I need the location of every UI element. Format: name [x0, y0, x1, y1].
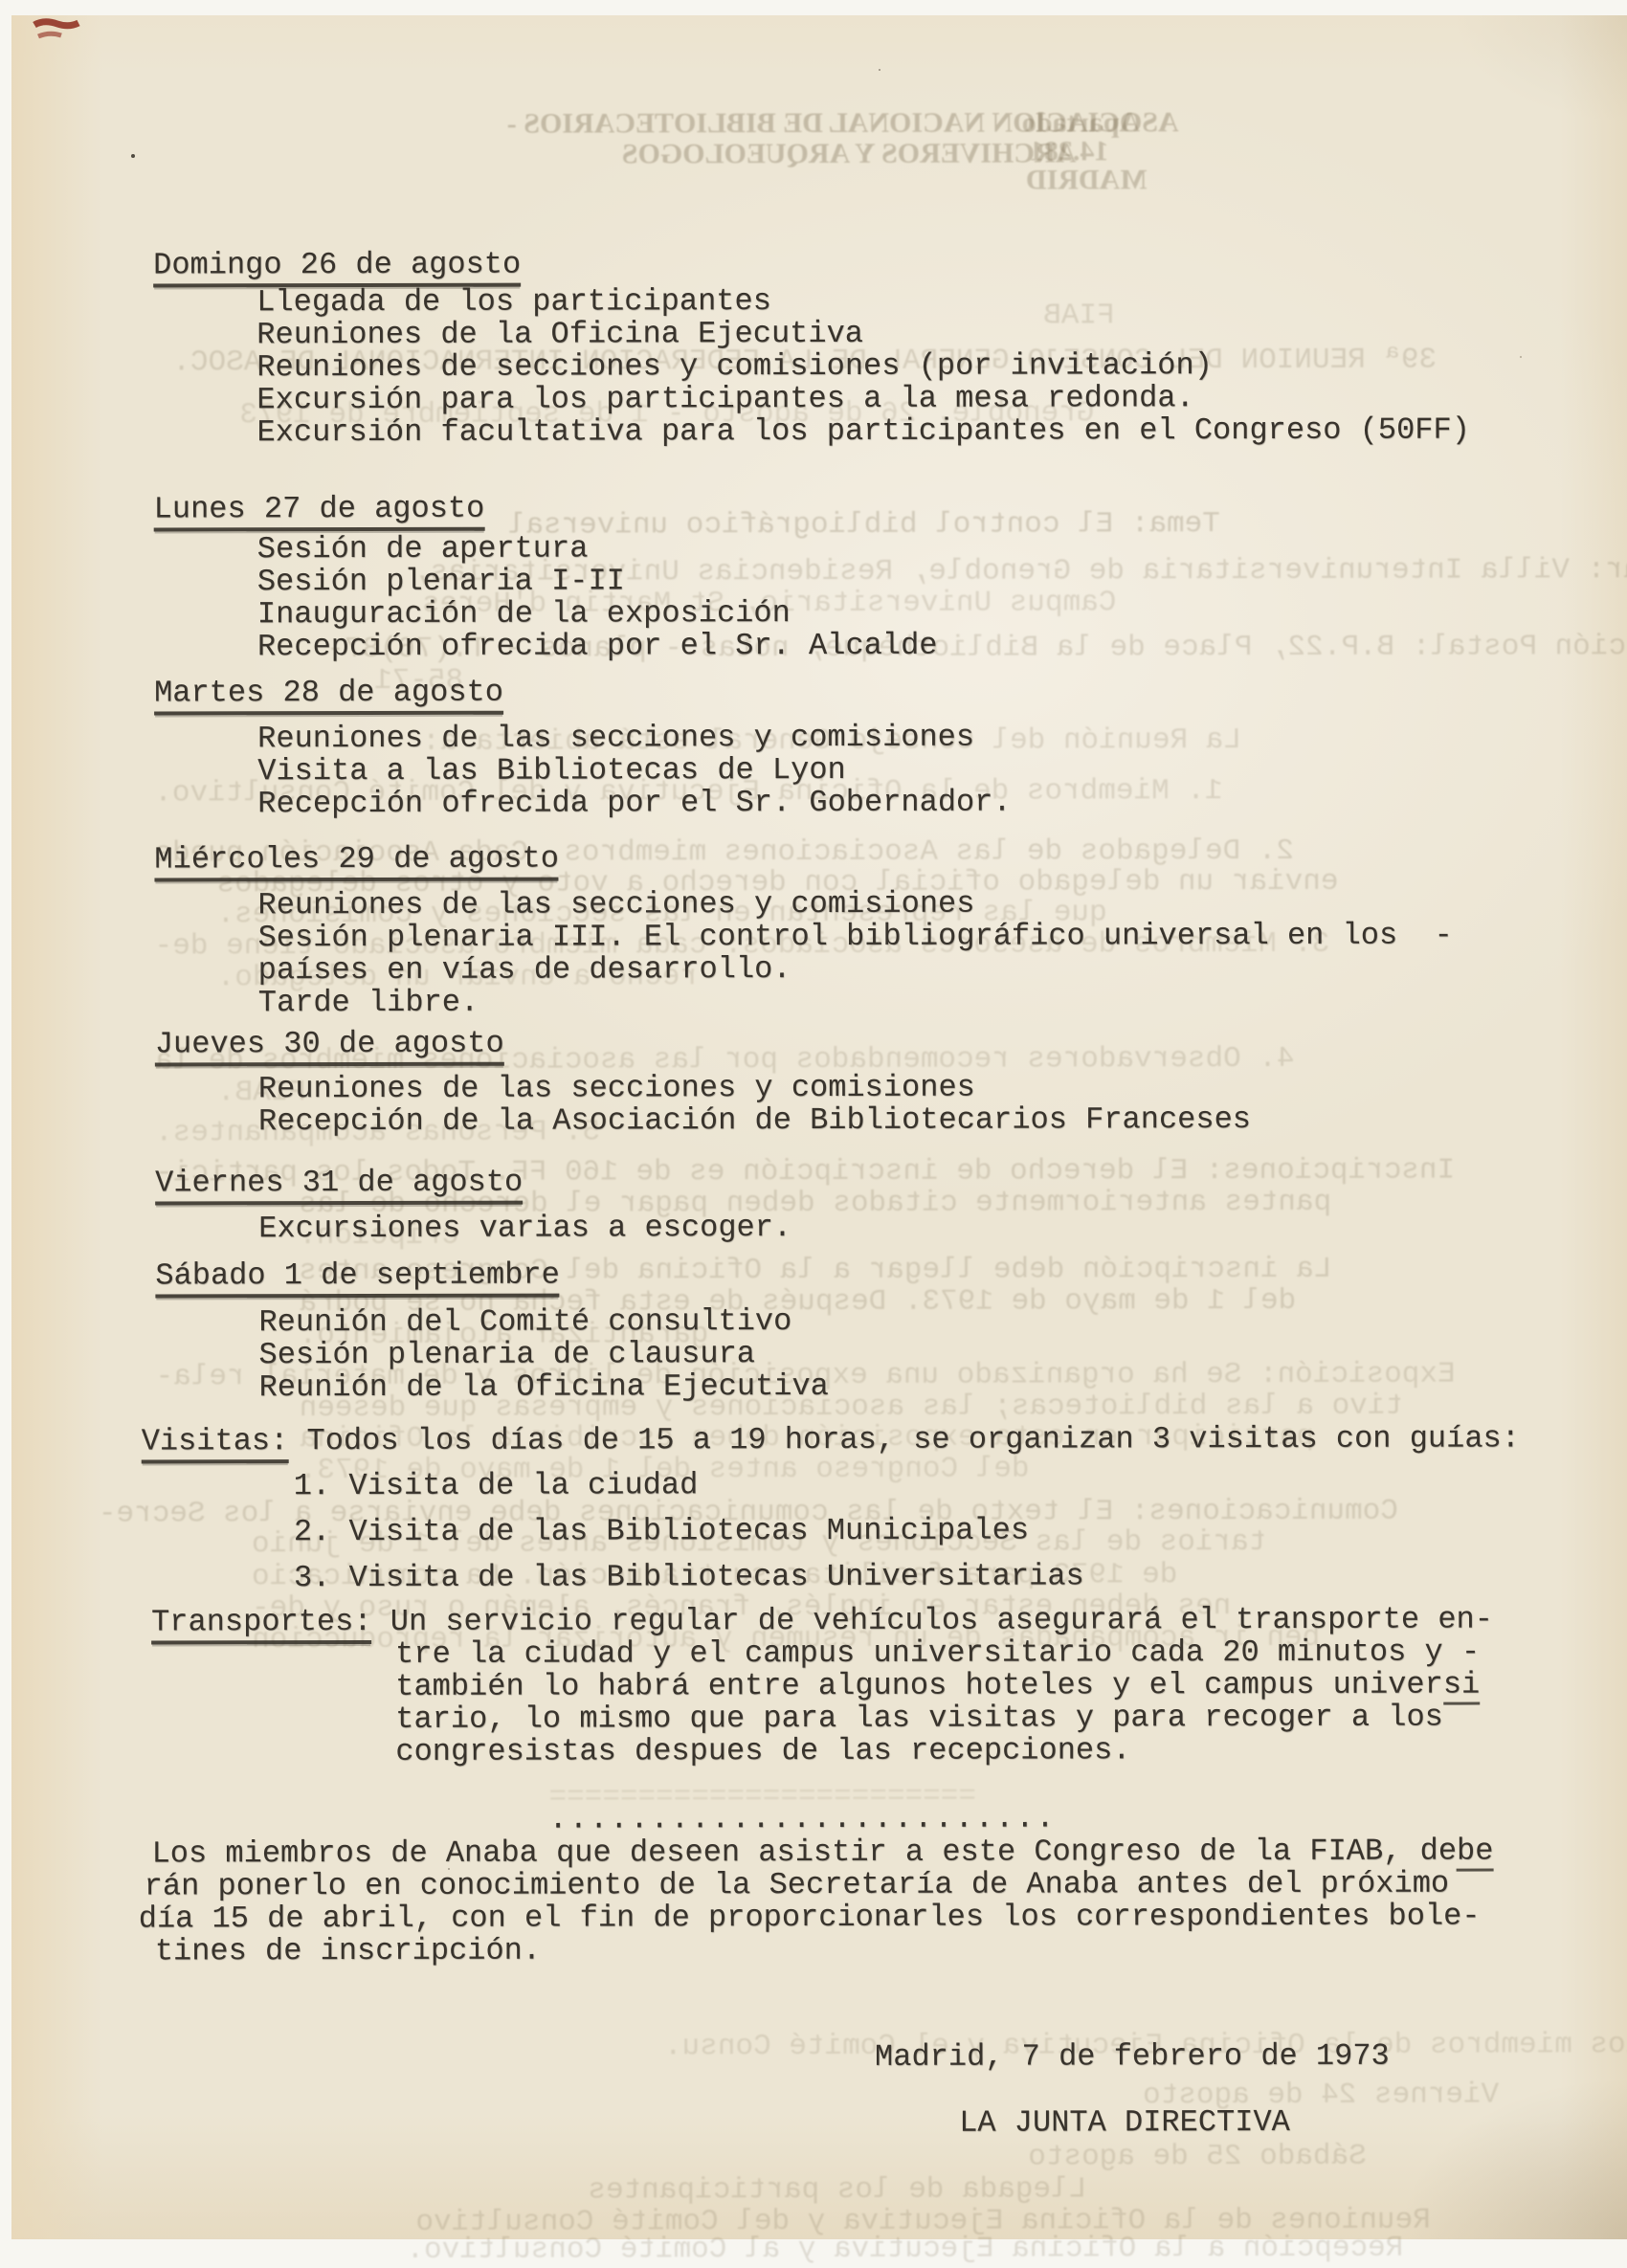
bleedthrough-ghost-text: Recepción a la Oficina Ejecutiva y al Co… [406, 2233, 1403, 2239]
visitas-line: Visitas: Todos los días de 15 a 19 horas… [142, 1422, 1520, 1457]
day-heading-text: Sábado 1 de septiembre [155, 1257, 560, 1299]
visita-option: 2. Visita de las Bibliotecas Municipales [294, 1515, 1029, 1549]
signature: LA JUNTA DIRECTIVA [959, 2106, 1290, 2140]
bleedthrough-ghost-text: Sábado 25 de agosto [1028, 2141, 1367, 2173]
day-heading: Martes 28 de agosto [154, 677, 503, 710]
scanned-page: ASOCIACION NACIONAL DE BIBLIOTECARIOS -A… [11, 15, 1627, 2239]
bleedthrough-layer: ASOCIACION NACIONAL DE BIBLIOTECARIOS -A… [10, 13, 1625, 17]
schedule-item: Excursión facultativa para los participa… [256, 414, 1469, 450]
schedule-item: Reunión de la Oficina Ejecutiva [259, 1370, 829, 1404]
schedule-item: Recepción de la Asociación de Biblioteca… [258, 1103, 1251, 1138]
dateline: Madrid, 7 de febrero de 1973 [875, 2040, 1390, 2074]
schedule-item: Inauguración de la exposición [257, 597, 791, 631]
day-heading: Miércoles 29 de agosto [154, 843, 559, 877]
transportes-continuation: congresistas despues de las recepciones. [395, 1734, 1130, 1768]
schedule-item: Reuniones de las secciones y comisiones [258, 1072, 975, 1106]
schedule-item: Excursiones varias a escoger. [258, 1212, 791, 1245]
bleedthrough-ghost-text: 14.281 [1030, 135, 1109, 167]
transportes-continuation: tario, lo mismo que para las visitas y p… [395, 1701, 1443, 1736]
visitas-intro: Todos los días de 15 a 19 horas, se orga… [288, 1420, 1520, 1458]
continuation-underline: be [1457, 1834, 1493, 1872]
visita-option: 3. Visita de las Bibliotecas Universitar… [294, 1560, 1084, 1594]
day-heading: Lunes 27 de agosto [154, 493, 485, 526]
closing-paragraph-line: día 15 de abril, con el fin de proporcio… [139, 1901, 1481, 1936]
bleedthrough-ghost-text: Tema: El control bibliográfico universal [508, 508, 1220, 542]
schedule-item: países en vías de desarrollo. [258, 953, 791, 987]
schedule-item: Reuniones de secciones y comisiones (por… [256, 349, 1213, 384]
day-heading: Viernes 31 de agosto [155, 1167, 523, 1200]
day-heading-text: Lunes 27 de agosto [154, 491, 485, 532]
schedule-item: Tarde libre. [258, 987, 479, 1019]
closing-paragraph-line: Los miembros de Anaba que deseen asistir… [152, 1835, 1494, 1871]
bleedthrough-ghost-text: Apartado [1022, 106, 1140, 138]
dotted-separator: ......................... [548, 1802, 1056, 1835]
schedule-item: Reuniones de la Oficina Ejecutiva [256, 318, 863, 351]
red-ink-mark [29, 17, 86, 56]
schedule-item: Sesión plenaria I-II [257, 565, 625, 598]
schedule-item: Reunión del Comité consultivo [258, 1305, 791, 1339]
day-heading-text: Miércoles 29 de agosto [154, 841, 559, 882]
schedule-item: Reuniones de las secciones y comisiones [257, 722, 974, 756]
bleedthrough-ghost-text: Llegada de los participantes [588, 2173, 1086, 2206]
schedule-item: Llegada de los participantes [256, 285, 771, 319]
day-heading: Domingo 26 de agosto [153, 249, 521, 282]
day-heading-text: Jueves 30 de agosto [155, 1026, 504, 1067]
day-heading: Sábado 1 de septiembre [155, 1259, 560, 1293]
schedule-item: Recepción ofrecida por el Sr. Gobernador… [257, 787, 1011, 821]
visita-option: 1. Visita de la ciudad [294, 1469, 699, 1502]
document-content: Madrid, 7 de febrero de 1973 LA JUNTA DI… [10, 13, 1625, 17]
transportes-continuation: también lo habrá entre algunos hoteles y… [395, 1669, 1480, 1703]
bleedthrough-ghost-text: FIAB [1043, 300, 1114, 331]
day-heading: Jueves 30 de agosto [155, 1028, 504, 1061]
day-heading-text: Domingo 26 de agosto [153, 247, 521, 288]
bleedthrough-ghost-text: MADRID [1026, 164, 1148, 195]
transportes-label: Transportes: [151, 1604, 372, 1644]
schedule-item: Sesión de apertura [257, 533, 589, 567]
schedule-item: Reuniones de las secciones y comisiones [257, 888, 974, 923]
closing-paragraph-line: rán ponerlo en conocimiento de la Secret… [145, 1868, 1449, 1903]
schedule-item: Sesión plenaria de clausura [258, 1338, 755, 1371]
transportes-line: Transportes: Un servicio regular de vehí… [151, 1604, 1493, 1639]
day-heading-text: Martes 28 de agosto [154, 675, 503, 716]
schedule-item: Visita a las Bibliotecas de Lyon [257, 754, 846, 788]
paper-specks [131, 154, 135, 158]
schedule-item: Sesión plenaria III. El control bibliogr… [258, 920, 1453, 955]
continuation-underline: si [1443, 1667, 1480, 1705]
closing-paragraph-line: tines de inscripción. [155, 1935, 541, 1968]
schedule-item: Excursión para los participantes a la me… [256, 382, 1193, 416]
day-heading-text: Viernes 31 de agosto [155, 1165, 523, 1206]
schedule-item: Recepción ofrecida por el Sr. Alcalde [257, 630, 938, 663]
bleedthrough-ghost-text: ARCHIVEROS Y ARQUEOLOGOS [622, 137, 1077, 169]
visitas-label: Visitas: [142, 1423, 289, 1463]
transportes-continuation: tre la ciudad y el campus universitario … [395, 1636, 1480, 1671]
